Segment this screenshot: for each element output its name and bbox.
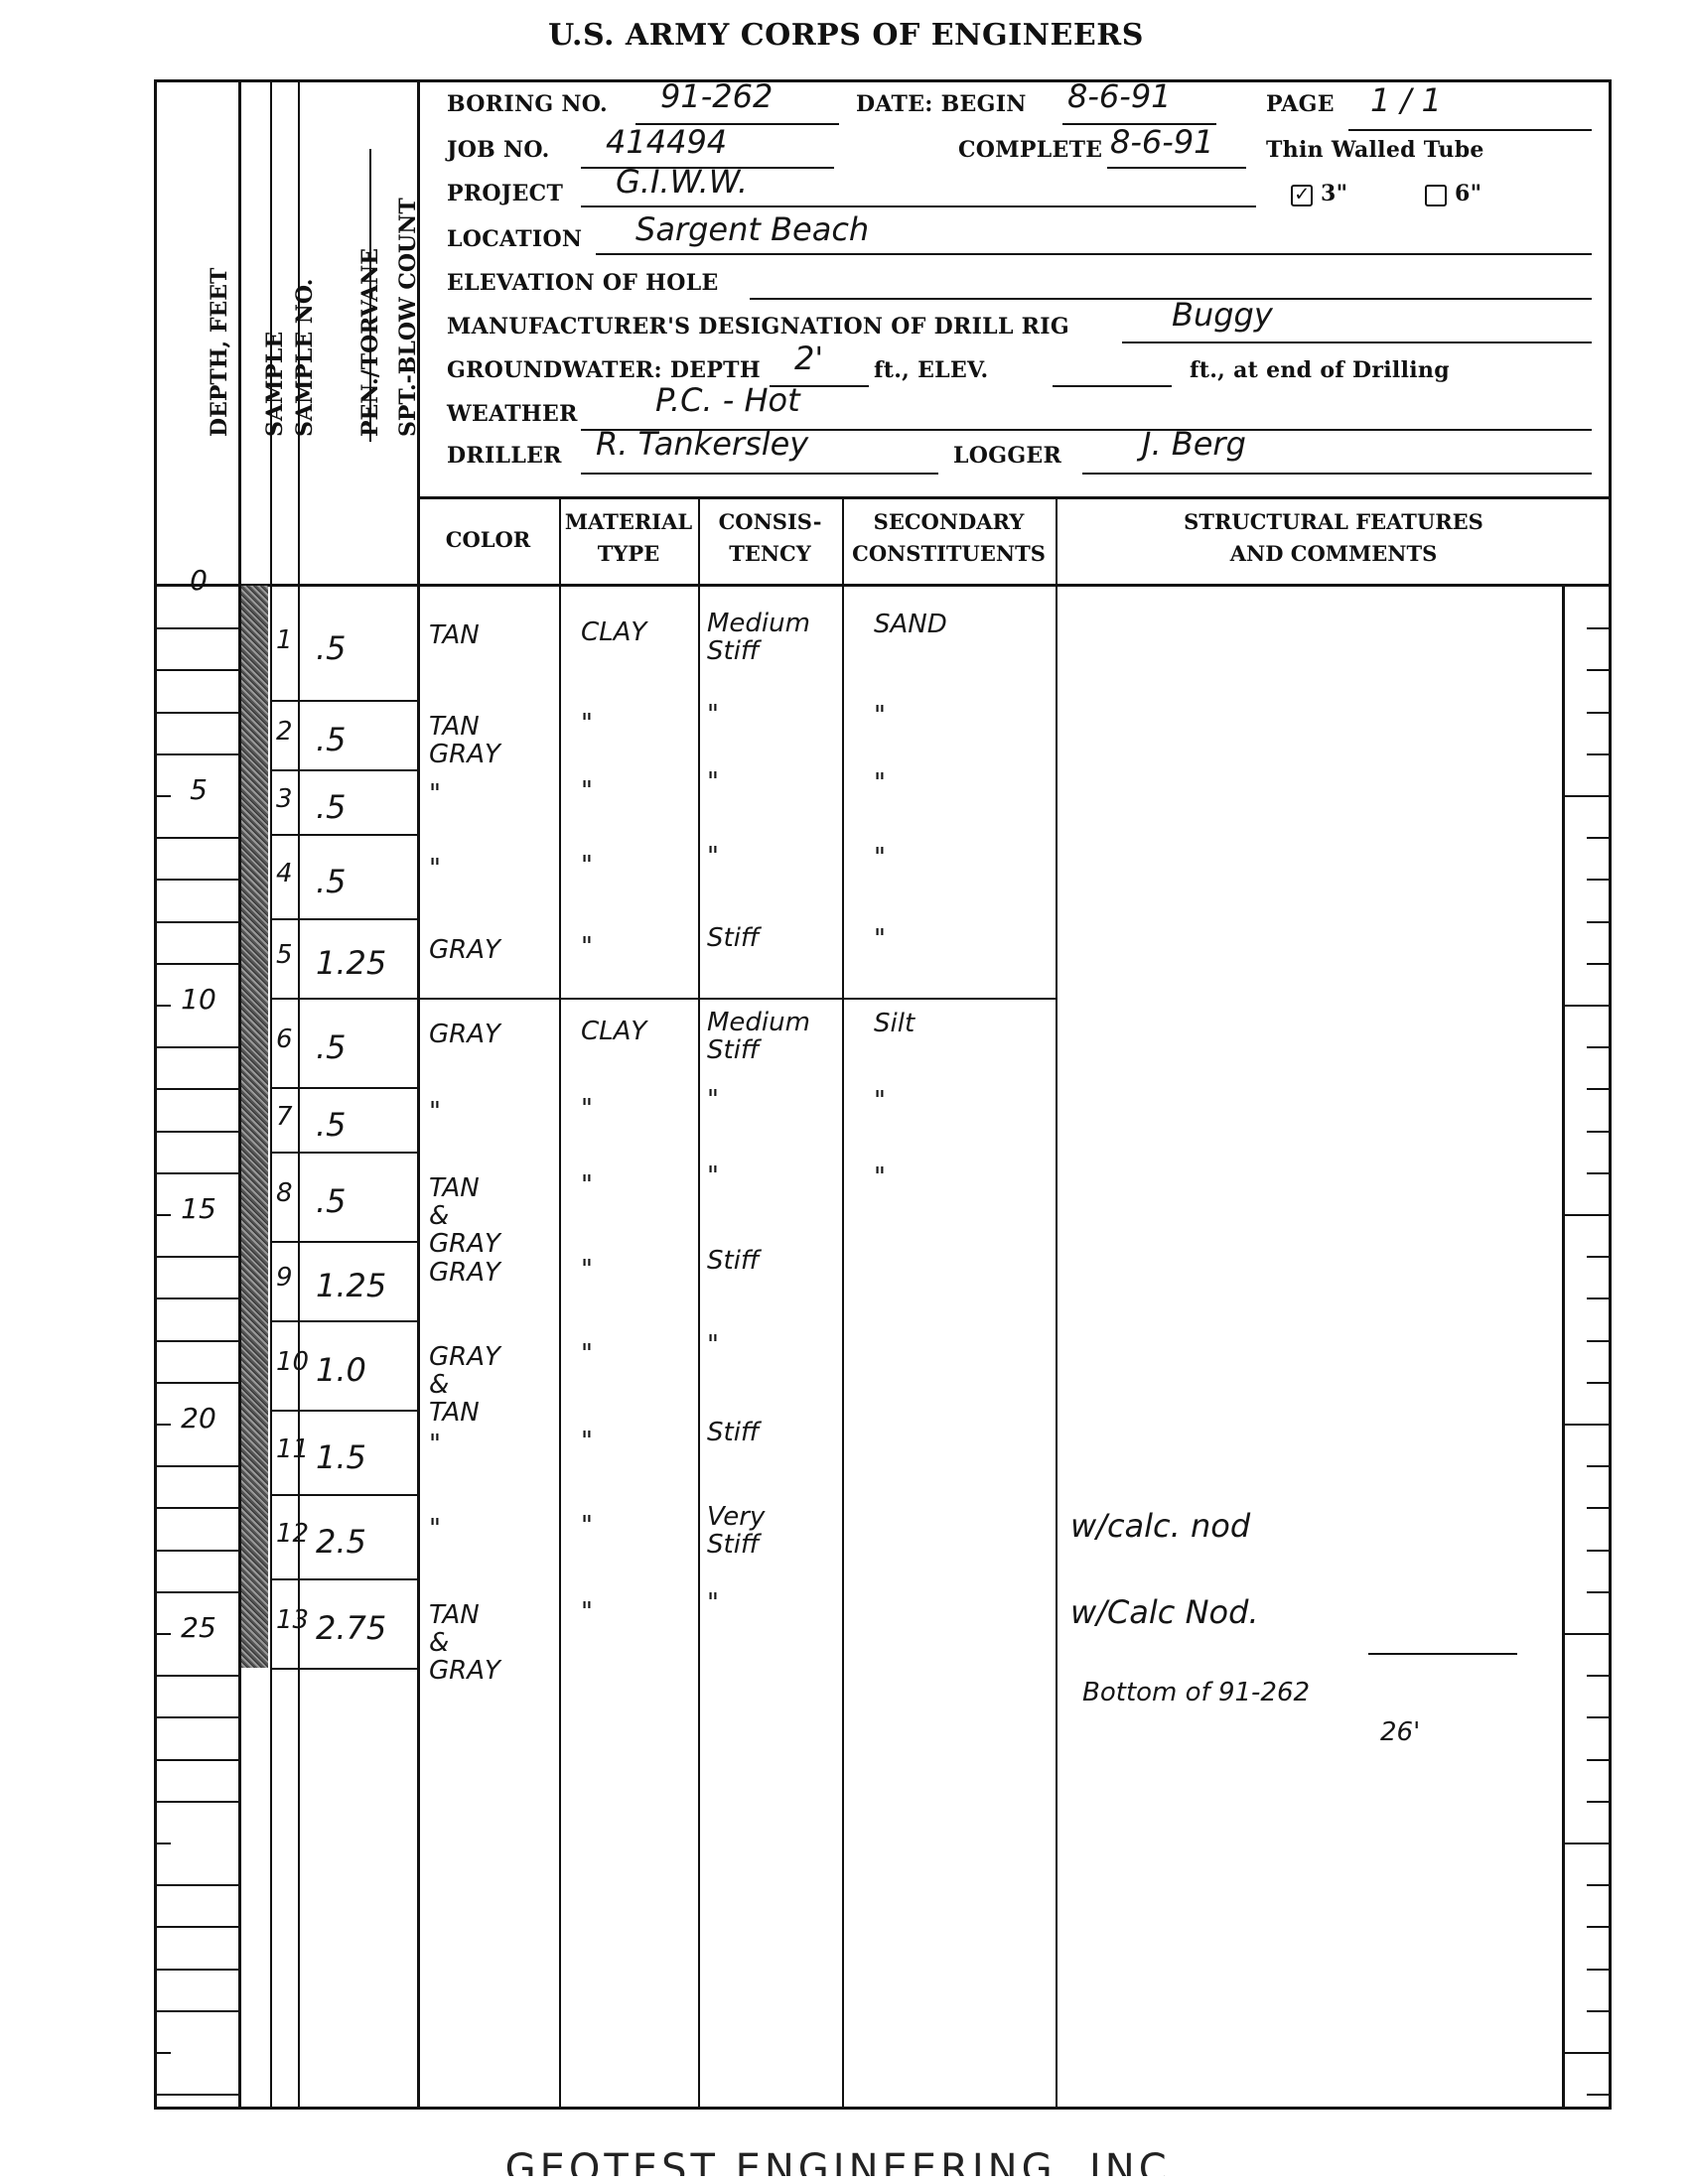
col-head-color: COLOR xyxy=(417,524,559,556)
page-label: PAGE xyxy=(1266,91,1335,117)
scale-tick xyxy=(1587,1969,1610,1971)
end-note-depth: 26' xyxy=(1380,1717,1420,1747)
col-label-spt-blow-count: SPT.-BLOW COUNT xyxy=(395,198,421,437)
stratum-boundary xyxy=(417,998,1056,1000)
secondary-value: " xyxy=(874,1086,886,1116)
groundwater-depth-value[interactable]: 2' xyxy=(794,340,823,377)
scale-tick xyxy=(1587,963,1610,965)
location-line xyxy=(596,253,1592,255)
color-value: TAN & GRAY xyxy=(429,1601,500,1685)
groundwater-ft-elev-label: ft., ELEV. xyxy=(874,357,989,383)
sample-no: 2 xyxy=(276,717,293,747)
sampler-label: Thin Walled Tube xyxy=(1266,137,1484,163)
color-value: GRAY xyxy=(429,1259,500,1287)
scale-tick xyxy=(1587,1340,1610,1342)
scale-tick xyxy=(1587,1675,1610,1677)
pen-value: .5 xyxy=(316,629,347,667)
driller-label: DRILLER xyxy=(447,443,562,469)
material-value: " xyxy=(581,1255,593,1285)
sample-no: 6 xyxy=(276,1024,293,1054)
depth-label: 10 xyxy=(157,983,240,1016)
depth-tick xyxy=(157,1716,238,1718)
page-line xyxy=(1348,129,1592,131)
depth-tick xyxy=(157,1884,238,1886)
depth-tick xyxy=(157,837,238,839)
scale-tick xyxy=(1587,1465,1610,1467)
end-note-bottom: Bottom of 91-262 xyxy=(1082,1678,1310,1707)
job-no-value[interactable]: 414494 xyxy=(606,123,727,161)
scale-tick xyxy=(1565,2052,1610,2054)
col-head-material: MATERIALTYPE xyxy=(559,506,698,570)
consistency-value: Medium Stiff xyxy=(707,1009,810,1064)
secondary-value: " xyxy=(874,768,886,798)
divider-material-consistency xyxy=(698,496,700,2110)
col-head-structural: STRUCTURAL FEATURESAND COMMENTS xyxy=(1056,506,1612,570)
pen-value: 2.75 xyxy=(316,1609,386,1647)
pen-value: 1.0 xyxy=(316,1351,366,1389)
consistency-value: " xyxy=(707,701,719,729)
sample-boundary xyxy=(270,700,417,702)
elevation-line xyxy=(750,298,1592,300)
divider-structural-scale xyxy=(1562,584,1565,2110)
depth-tick xyxy=(157,2010,238,2012)
date-begin-value[interactable]: 8-6-91 xyxy=(1067,77,1172,115)
depth-tick xyxy=(157,1675,238,1677)
sample-no: 9 xyxy=(276,1263,293,1293)
material-value: " xyxy=(581,1339,593,1369)
column-header-rule xyxy=(417,584,1612,587)
sample-boundary xyxy=(270,769,417,771)
col-label-sample-no: SAMPLE NO. xyxy=(292,279,318,437)
col-head-consistency-1: CONSIS- xyxy=(698,506,842,538)
col-head-secondary: SECONDARYCONSTITUENTS xyxy=(842,506,1056,570)
sample-boundary xyxy=(270,1087,417,1089)
material-value: " xyxy=(581,1597,593,1627)
secondary-value: " xyxy=(874,843,886,873)
depth-tick xyxy=(157,1759,238,1761)
scale-tick xyxy=(1587,1507,1610,1509)
depth-tick xyxy=(157,627,238,629)
sample-no: 11 xyxy=(276,1434,309,1464)
logger-line xyxy=(1082,473,1592,475)
scale-tick xyxy=(1587,1046,1610,1048)
depth-tick xyxy=(157,1801,238,1803)
sample-boundary xyxy=(270,918,417,920)
depth-tick xyxy=(157,712,238,714)
depth-tick xyxy=(157,1172,238,1174)
scale-tick xyxy=(1565,1424,1610,1426)
boring-no-label: BORING NO. xyxy=(447,91,608,117)
boring-no-value[interactable]: 91-262 xyxy=(660,77,773,115)
color-value: " xyxy=(429,780,441,808)
groundwater-end-label: ft., at end of Drilling xyxy=(1190,357,1450,383)
sample-no: 1 xyxy=(276,625,293,655)
depth-tick xyxy=(157,1297,238,1299)
material-value: " xyxy=(581,1427,593,1456)
depth-label: 5 xyxy=(157,773,240,806)
depth-tick xyxy=(157,1591,238,1593)
material-value: " xyxy=(581,1170,593,1200)
depth-tick xyxy=(157,1843,171,1844)
pen-value: .5 xyxy=(316,863,347,900)
scale-tick xyxy=(1587,1884,1610,1886)
sample-no: 10 xyxy=(276,1347,309,1377)
date-complete-value[interactable]: 8-6-91 xyxy=(1110,123,1214,161)
scale-tick xyxy=(1587,753,1610,755)
col-head-consistency: CONSIS-TENCY xyxy=(698,506,842,570)
color-value: GRAY & TAN xyxy=(429,1343,500,1427)
sample-no: 12 xyxy=(276,1519,309,1549)
color-value: GRAY xyxy=(429,1021,500,1048)
color-value: " xyxy=(429,855,441,883)
consistency-value: Stiff xyxy=(707,924,760,952)
job-no-label: JOB NO. xyxy=(447,137,550,163)
elevation-label: ELEVATION OF HOLE xyxy=(447,270,719,296)
depth-tick xyxy=(157,753,238,755)
depth-label: 20 xyxy=(157,1402,240,1434)
col-label-depth: DEPTH, FEET xyxy=(207,268,232,437)
scale-tick xyxy=(1587,669,1610,671)
depth-tick xyxy=(157,2094,238,2096)
material-value: " xyxy=(581,1511,593,1541)
pen-spt-divider xyxy=(369,149,371,442)
drill-rig-value[interactable]: Buggy xyxy=(1172,296,1273,334)
divider-secondary-structural xyxy=(1056,496,1057,2110)
sample-no: 8 xyxy=(276,1178,293,1208)
depth-tick xyxy=(157,1507,238,1509)
scale-tick xyxy=(1587,2094,1610,2096)
pen-value: .5 xyxy=(316,1182,347,1220)
project-value[interactable]: G.I.W.W. xyxy=(616,163,748,201)
pen-value: 2.5 xyxy=(316,1523,366,1561)
secondary-value: Silt xyxy=(874,1009,915,1038)
scale-tick xyxy=(1587,1550,1610,1552)
sample-boundary xyxy=(270,1410,417,1412)
consistency-value: Very Stiff xyxy=(707,1503,765,1559)
scale-tick xyxy=(1587,1801,1610,1803)
location-value[interactable]: Sargent Beach xyxy=(635,210,869,248)
depth-tick xyxy=(157,1131,238,1133)
depth-tick xyxy=(157,921,238,923)
scale-tick xyxy=(1587,879,1610,881)
consistency-value: Medium Stiff xyxy=(707,610,810,665)
scale-tick xyxy=(1587,1297,1610,1299)
pen-value: 1.25 xyxy=(316,944,386,982)
col-head-consistency-2: TENCY xyxy=(698,538,842,570)
depth-tick xyxy=(157,1550,238,1552)
depth-tick xyxy=(157,1465,238,1467)
scale-tick xyxy=(1587,921,1610,923)
scale-tick xyxy=(1587,1759,1610,1761)
depth-tick xyxy=(157,1340,238,1342)
scale-tick xyxy=(1587,1088,1610,1090)
material-value: " xyxy=(581,851,593,881)
scale-tick xyxy=(1587,1591,1610,1593)
pen-value: .5 xyxy=(316,788,347,826)
depth-label: 0 xyxy=(157,564,240,597)
pen-value: .5 xyxy=(316,721,347,758)
comment-value: w/calc. nod xyxy=(1070,1507,1250,1545)
material-value: " xyxy=(581,1094,593,1124)
color-value: " xyxy=(429,1431,441,1458)
color-value: TAN xyxy=(429,621,480,649)
complete-line xyxy=(1107,167,1246,169)
divider-color-material xyxy=(559,496,561,2110)
consistency-value: " xyxy=(707,1589,719,1617)
groundwater-elev-line xyxy=(1053,385,1172,387)
location-label: LOCATION xyxy=(447,226,582,252)
depth-tick xyxy=(157,879,238,881)
secondary-value: " xyxy=(874,924,886,954)
depth-tick xyxy=(157,1382,238,1384)
depth-tick xyxy=(157,669,238,671)
depth-tick xyxy=(157,1969,238,1971)
material-value: CLAY xyxy=(581,617,646,647)
col-head-secondary-2: CONSTITUENTS xyxy=(842,538,1056,570)
comment-underline xyxy=(1368,1653,1517,1655)
scale-tick xyxy=(1587,837,1610,839)
material-value: " xyxy=(581,776,593,806)
sample-boundary xyxy=(270,1320,417,1322)
material-value: CLAY xyxy=(581,1017,646,1046)
divider-consistency-secondary xyxy=(842,496,844,2110)
secondary-value: SAND xyxy=(874,610,947,639)
pen-value: 1.5 xyxy=(316,1438,366,1476)
header-bottom-rule xyxy=(417,496,1612,499)
sampler-3in-checkbox[interactable]: ✓ xyxy=(1291,185,1313,206)
groundwater-label: GROUNDWATER: DEPTH xyxy=(447,357,761,383)
scale-tick xyxy=(1587,1716,1610,1718)
depth-tick xyxy=(157,1926,238,1928)
col-head-material-2: TYPE xyxy=(559,538,698,570)
color-value: " xyxy=(429,1515,441,1543)
scale-tick xyxy=(1587,1172,1610,1174)
sample-boundary xyxy=(270,834,417,836)
pen-value: .5 xyxy=(316,1106,347,1144)
driller-line xyxy=(581,473,938,475)
logger-value[interactable]: J. Berg xyxy=(1142,425,1246,463)
col-head-structural-2: AND COMMENTS xyxy=(1056,538,1612,570)
color-value: GRAY xyxy=(429,936,500,964)
consistency-value: " xyxy=(707,1331,719,1359)
sample-interval-shading xyxy=(241,586,268,1668)
sample-no: 13 xyxy=(276,1605,309,1635)
consistency-value: " xyxy=(707,843,719,871)
sampler-3in-label: 3" xyxy=(1321,181,1347,206)
scale-tick xyxy=(1587,1382,1610,1384)
sample-boundary-end xyxy=(270,1668,417,1670)
secondary-value: " xyxy=(874,701,886,731)
scale-tick xyxy=(1587,1131,1610,1133)
consistency-value: " xyxy=(707,1086,719,1114)
consistency-value: Stiff xyxy=(707,1247,760,1275)
scale-tick xyxy=(1565,795,1610,797)
driller-value[interactable]: R. Tankersley xyxy=(596,425,808,463)
weather-label: WEATHER xyxy=(447,401,578,427)
agency-title: U.S. ARMY CORPS OF ENGINEERS xyxy=(0,18,1692,53)
color-value: TAN & GRAY xyxy=(429,1174,500,1258)
drill-rig-line xyxy=(1122,341,1592,343)
material-value: " xyxy=(581,932,593,962)
depth-label: 25 xyxy=(157,1611,240,1644)
depth-tick xyxy=(157,2052,171,2054)
sample-boundary xyxy=(270,1494,417,1496)
color-value: " xyxy=(429,1098,441,1126)
scale-tick xyxy=(1587,627,1610,629)
logger-label: LOGGER xyxy=(953,443,1061,469)
sample-boundary xyxy=(270,1578,417,1580)
project-line xyxy=(581,205,1256,207)
color-value: TAN GRAY xyxy=(429,713,500,768)
sampler-6in-label: 6" xyxy=(1455,181,1481,206)
col-label-sample: SAMPLE xyxy=(262,332,288,437)
scale-tick xyxy=(1587,1256,1610,1258)
sample-no: 5 xyxy=(276,940,293,970)
depth-label: 15 xyxy=(157,1192,240,1225)
scale-tick xyxy=(1587,1926,1610,1928)
depth-tick xyxy=(157,1088,238,1090)
sample-boundary xyxy=(270,1152,417,1154)
sample-no: 4 xyxy=(276,859,293,888)
weather-value[interactable]: P.C. - Hot xyxy=(655,381,800,419)
depth-tick xyxy=(157,1046,238,1048)
scale-tick xyxy=(1565,1633,1610,1635)
comment-value: w/Calc Nod. xyxy=(1070,1593,1259,1631)
pen-value: 1.25 xyxy=(316,1267,386,1304)
col-head-secondary-1: SECONDARY xyxy=(842,506,1056,538)
col-head-structural-1: STRUCTURAL FEATURES xyxy=(1056,506,1612,538)
depth-tick xyxy=(157,1256,238,1258)
scale-tick xyxy=(1565,1214,1610,1216)
sample-boundary xyxy=(270,998,417,1000)
consistency-value: " xyxy=(707,768,719,796)
footer-company: GEOTEST ENGINEERING, INC. xyxy=(0,2146,1692,2176)
sampler-6in-checkbox[interactable] xyxy=(1425,185,1447,206)
page-value[interactable]: 1 / 1 xyxy=(1370,81,1442,119)
scale-tick xyxy=(1565,1005,1610,1007)
depth-tick xyxy=(157,963,238,965)
scale-tick xyxy=(1587,2010,1610,2012)
consistency-value: Stiff xyxy=(707,1419,760,1446)
secondary-value: " xyxy=(874,1162,886,1192)
scale-tick xyxy=(1565,1843,1610,1844)
sample-no: 3 xyxy=(276,784,293,814)
pen-value: .5 xyxy=(316,1028,347,1066)
sample-boundary xyxy=(270,1241,417,1243)
project-label: PROJECT xyxy=(447,181,563,206)
sample-no: 7 xyxy=(276,1102,293,1132)
consistency-value: " xyxy=(707,1162,719,1190)
date-begin-label: DATE: BEGIN xyxy=(856,91,1027,117)
drill-rig-label: MANUFACTURER'S DESIGNATION OF DRILL RIG xyxy=(447,314,1069,340)
col-head-material-1: MATERIAL xyxy=(559,506,698,538)
complete-label: COMPLETE xyxy=(958,137,1102,163)
scale-tick xyxy=(1587,712,1610,714)
material-value: " xyxy=(581,709,593,739)
